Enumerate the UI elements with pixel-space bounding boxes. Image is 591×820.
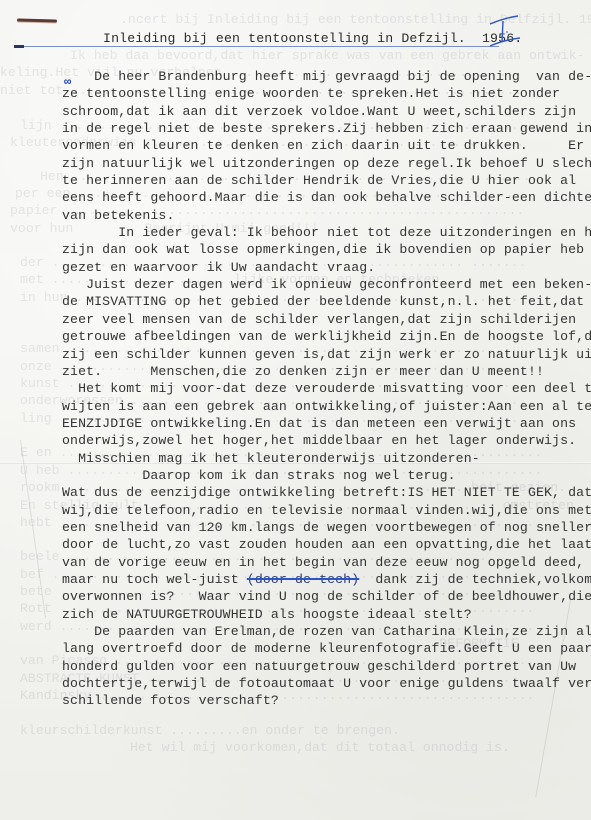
text-line: wij,die telefoon,radio en televisie norm… <box>62 502 582 519</box>
line-text: Wat dus de eenzijdige ontwikkeling betre… <box>62 485 591 500</box>
text-line: ziet. Menschen,die zo denken zijn er mee… <box>62 363 582 380</box>
line-text: De heer Brandenburg heeft mij gevraagd b… <box>62 69 591 84</box>
text-line: door de lucht,zo vast zouden houden aan … <box>62 536 582 553</box>
line-text: in de regel niet de beste sprekers.Zij h… <box>62 121 591 136</box>
title-underline <box>14 46 499 47</box>
line-text: maar nu toch wel-juist <box>62 572 247 587</box>
text-line: wijten is aan een gebrek aan ontwikkelin… <box>62 398 582 415</box>
page-number-mark <box>484 14 524 48</box>
line-text: Misschien mag ik het kleuteronderwijs ui… <box>62 451 480 466</box>
document-body: De heer Brandenburg heeft mij gevraagd b… <box>62 68 582 710</box>
line-text: zich de NATUURGETROUWHEID als hoogste id… <box>62 607 472 622</box>
text-line: vormen en kleuren te denken en zich daar… <box>62 137 582 154</box>
line-text: gezet en waarvoor ik Uw aandacht vraag. <box>62 260 375 275</box>
text-line: zeer veel mensen van de schilder verlang… <box>62 311 582 328</box>
line-text: schillende fotos verschaft? <box>62 693 279 708</box>
line-text: eens heeft gehoord.Maar die is dan ook b… <box>62 190 591 205</box>
line-text: door de lucht,zo vast zouden houden aan … <box>62 537 591 552</box>
line-text: Het komt mij voor-dat deze verouderde mi… <box>62 381 591 396</box>
text-line: schillende fotos verschaft? <box>62 692 582 709</box>
line-text: zijn dan ook wat losse opmerkingen,die i… <box>62 242 584 257</box>
text-line: een snelheid van 120 km.langs de wegen v… <box>62 519 582 536</box>
text-line: honderd gulden voor een natuurgetrouw ge… <box>62 658 582 675</box>
line-text: dochtertje,terwijl de fotoautomaat U voo… <box>62 676 591 691</box>
line-text: In ieder geval: Ik behoor niet tot deze … <box>62 225 591 240</box>
line-text: schroom,dat ik aan dit verzoek voldoe.Wa… <box>62 104 576 119</box>
line-text: Daarop kom ik dan straks nog wel terug. <box>62 468 456 483</box>
pen-dash-mark <box>17 18 57 22</box>
line-text: zijn natuurlijk wel uitzonderingen op de… <box>62 156 591 171</box>
line-text: wijten is aan een gebrek aan ontwikkelin… <box>62 399 591 414</box>
text-line: gezet en waarvoor ik Uw aandacht vraag. <box>62 259 582 276</box>
line-text-continued: dank zij de techniek,volkomen <box>359 572 591 587</box>
line-text: honderd gulden voor een natuurgetrouw ge… <box>62 659 576 674</box>
text-line: Daarop kom ik dan straks nog wel terug. <box>62 467 582 484</box>
text-line: Misschien mag ik het kleuteronderwijs ui… <box>62 450 582 467</box>
scanned-typewritten-page: .ncert bij Inleiding bij een tentoonstel… <box>0 0 591 820</box>
text-line: getrouwe afbeeldingen van de werklijkhei… <box>62 328 582 345</box>
text-line: zijn natuurlijk wel uitzonderingen op de… <box>62 155 582 172</box>
line-text: lang overtroefd door de moderne kleurenf… <box>62 641 591 656</box>
line-text: EENZIJDIGE ontwikkeling.En dat is dan me… <box>62 416 576 431</box>
text-line: van betekenis. <box>62 207 582 224</box>
line-text: te herinneren aan de schilder Hendrik de… <box>62 173 576 188</box>
text-line: schroom,dat ik aan dit verzoek voldoe.Wa… <box>62 103 582 120</box>
text-line: ze tentoonstelling enige woorden te spre… <box>62 85 582 102</box>
document-title: Inleiding bij een tentoonstelling in Def… <box>103 31 522 46</box>
text-line: zich de NATUURGETROUWHEID als hoogste id… <box>62 606 582 623</box>
text-line: de MISVATTING op het gebied der beeldend… <box>62 293 582 310</box>
line-text: De paarden van Erelman,de rozen van Cath… <box>62 624 591 639</box>
text-line: te herinneren aan de schilder Hendrik de… <box>62 172 582 189</box>
text-line: dochtertje,terwijl de fotoautomaat U voo… <box>62 675 582 692</box>
line-text: zeer veel mensen van de schilder verlang… <box>62 312 576 327</box>
text-line: overwonnen is? Waar vind U nog de schild… <box>62 588 582 605</box>
text-line: Juist dezer dagen werd ik opnieuw geconf… <box>62 276 582 293</box>
line-text: Juist dezer dagen werd ik opnieuw geconf… <box>62 277 591 292</box>
text-line: maar nu toch wel-juist (door de tech) da… <box>62 571 582 588</box>
text-line: in de regel niet de beste sprekers.Zij h… <box>62 120 582 137</box>
text-line: zijn dan ook wat losse opmerkingen,die i… <box>62 241 582 258</box>
struck-through-text: (door de tech) <box>247 572 359 587</box>
text-line: In ieder geval: Ik behoor niet tot deze … <box>62 224 582 241</box>
line-text: ziet. Menschen,die zo denken zijn er mee… <box>62 364 544 379</box>
line-text: zij een schilder kunnen geven is,dat zij… <box>62 347 591 362</box>
text-line: Het komt mij voor-dat deze verouderde mi… <box>62 380 582 397</box>
text-line: van de vorige eeuw en in het begin van d… <box>62 554 582 571</box>
text-line: eens heeft gehoord.Maar die is dan ook b… <box>62 189 582 206</box>
line-text: getrouwe afbeeldingen van de werklijkhei… <box>62 329 591 344</box>
line-text: de MISVATTING op het gebied der beeldend… <box>62 294 584 309</box>
line-text: een snelheid van 120 km.langs de wegen v… <box>62 520 591 535</box>
text-line: Wat dus de eenzijdige ontwikkeling betre… <box>62 484 582 501</box>
paper-crease <box>20 440 46 618</box>
line-text: van betekenis. <box>62 208 174 223</box>
line-text: ze tentoonstelling enige woorden te spre… <box>62 86 560 101</box>
line-text: onderwijs,zowel het hoger,het middelbaar… <box>62 433 576 448</box>
text-line: EENZIJDIGE ontwikkeling.En dat is dan me… <box>62 415 582 432</box>
text-line: onderwijs,zowel het hoger,het middelbaar… <box>62 432 582 449</box>
line-text: overwonnen is? Waar vind U nog de schild… <box>62 589 591 604</box>
text-line: lang overtroefd door de moderne kleurenf… <box>62 640 582 657</box>
line-text: wij,die telefoon,radio en televisie norm… <box>62 503 591 518</box>
text-line: De paarden van Erelman,de rozen van Cath… <box>62 623 582 640</box>
text-line: De heer Brandenburg heeft mij gevraagd b… <box>62 68 582 85</box>
line-text: van de vorige eeuw en in het begin van d… <box>62 555 584 570</box>
line-text: vormen en kleuren te denken en zich daar… <box>62 138 584 153</box>
text-line: zij een schilder kunnen geven is,dat zij… <box>62 346 582 363</box>
